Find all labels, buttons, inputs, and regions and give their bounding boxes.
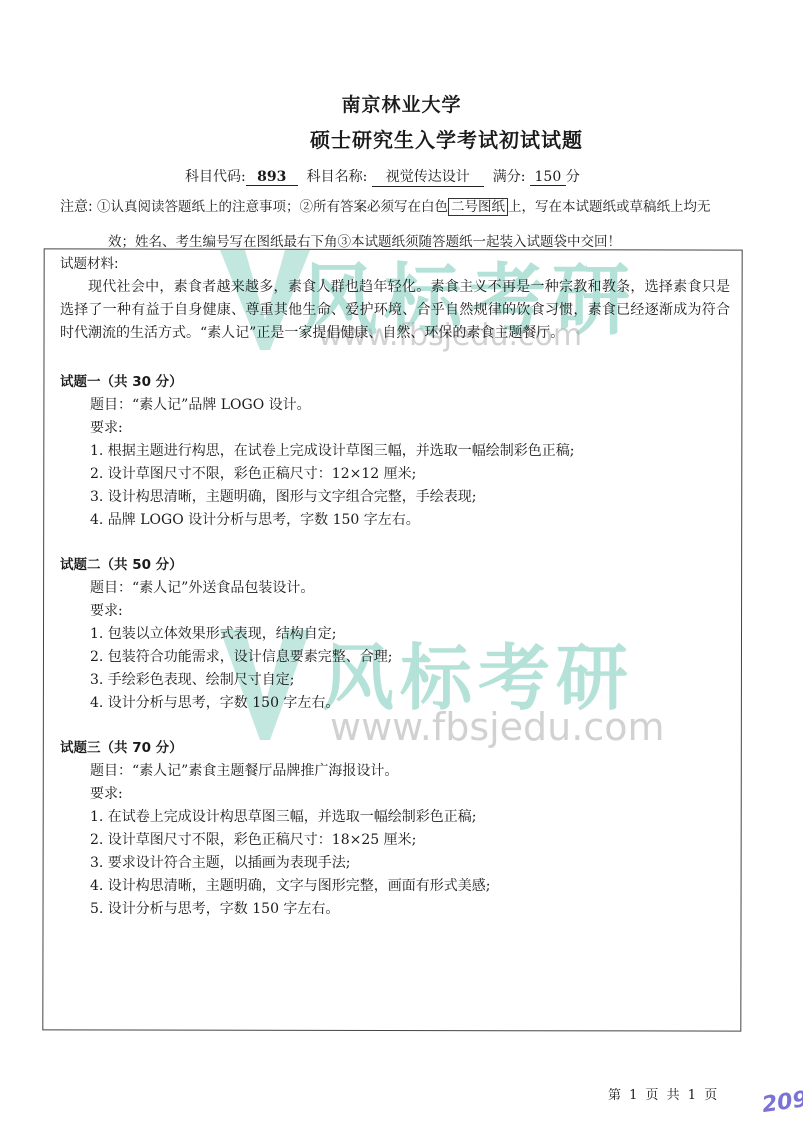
question-1-item: 2. 设计草图尺寸不限，彩色正稿尺寸：12×12 厘米;: [60, 463, 730, 486]
question-1-item: 3. 设计构思清晰，主题明确，图形与文字组合完整，手绘表现;: [60, 486, 730, 509]
question-3-topic: 题目：“素人记”素食主题餐厅品牌推广海报设计。: [60, 760, 730, 783]
exam-title: 硕士研究生入学考试初试试题: [310, 124, 583, 153]
question-1: 试题一（共 30 分） 题目：“素人记”品牌 LOGO 设计。 要求: 1. 根…: [60, 371, 730, 532]
question-2: 试题二（共 50 分） 题目：“素人记”外送食品包装设计。 要求: 1. 包装以…: [60, 554, 730, 715]
subject-code-label: 科目代码:: [185, 169, 246, 185]
full-score-label: 满分:: [493, 169, 526, 185]
question-content: 试题材料: 现代社会中，素食者越来越多，素食人群也趋年轻化。素食主义不再是一种宗…: [60, 253, 730, 921]
question-2-req-label: 要求:: [60, 600, 730, 623]
question-1-item: 1. 根据主题进行构思，在试卷上完成设计草图三幅，并选取一幅绘制彩色正稿;: [60, 440, 730, 463]
material-label: 试题材料:: [60, 253, 730, 276]
notice-text-b: 上，写在本试题纸或草稿纸上均无: [508, 199, 711, 215]
notice-label: 注意:: [60, 199, 93, 215]
subject-name-label: 科目名称:: [307, 169, 368, 185]
notice-text-a: ①认真阅读答题纸上的注意事项；②所有答案必须写在白色: [97, 199, 448, 215]
question-1-req-label: 要求:: [60, 417, 730, 440]
question-3-item: 1. 在试卷上完成设计构思草图三幅，并选取一幅绘制彩色正稿;: [60, 806, 730, 829]
question-3-item: 3. 要求设计符合主题，以插画为表现手法;: [60, 852, 730, 875]
full-score: 150: [530, 169, 566, 186]
question-2-topic: 题目：“素人记”外送食品包装设计。: [60, 577, 730, 600]
question-3: 试题三（共 70 分） 题目：“素人记”素食主题餐厅品牌推广海报设计。 要求: …: [60, 737, 730, 921]
material-text: 现代社会中，素食者越来越多，素食人群也趋年轻化。素食主义不再是一种宗教和教条，选…: [60, 276, 730, 345]
question-3-item: 2. 设计草图尺寸不限，彩色正稿尺寸：18×25 厘米;: [60, 829, 730, 852]
question-2-item: 4. 设计分析与思考，字数 150 字左右。: [60, 692, 730, 715]
notice-line-2: 效；姓名、考生编号写在图纸最右下角③本试题纸须随答题纸一起装入试题袋中交回！: [108, 230, 621, 250]
subject-name: 视觉传达设计: [372, 166, 484, 187]
page-number: 第 1 页 共 1 页: [608, 1084, 719, 1103]
notice-line-1: 注意: ①认真阅读答题纸上的注意事项；②所有答案必须写在白色二号图纸上，写在本试…: [60, 195, 711, 216]
question-3-heading: 试题三（共 70 分）: [60, 737, 730, 760]
question-3-item: 5. 设计分析与思考，字数 150 字左右。: [60, 898, 730, 921]
subject-info: 科目代码:893 科目名称: 视觉传达设计 满分: 150分: [185, 166, 580, 187]
full-score-unit: 分: [566, 169, 580, 185]
question-3-req-label: 要求:: [60, 783, 730, 806]
question-2-item: 1. 包装以立体效果形式表现，结构自定;: [60, 623, 730, 646]
university-name: 南京林业大学: [0, 90, 803, 117]
question-1-topic: 题目：“素人记”品牌 LOGO 设计。: [60, 394, 730, 417]
question-1-heading: 试题一（共 30 分）: [60, 371, 730, 394]
handwritten-mark: 209: [760, 1087, 803, 1118]
question-2-item: 2. 包装符合功能需求，设计信息要素完整、合理;: [60, 646, 730, 669]
question-2-item: 3. 手绘彩色表现、绘制尺寸自定;: [60, 669, 730, 692]
subject-code: 893: [246, 169, 298, 186]
notice-boxed-text: 二号图纸: [448, 198, 508, 216]
question-3-item: 4. 设计构思清晰，主题明确，文字与图形完整，画面有形式美感;: [60, 875, 730, 898]
question-2-heading: 试题二（共 50 分）: [60, 554, 730, 577]
question-1-item: 4. 品牌 LOGO 设计分析与思考，字数 150 字左右。: [60, 509, 730, 532]
